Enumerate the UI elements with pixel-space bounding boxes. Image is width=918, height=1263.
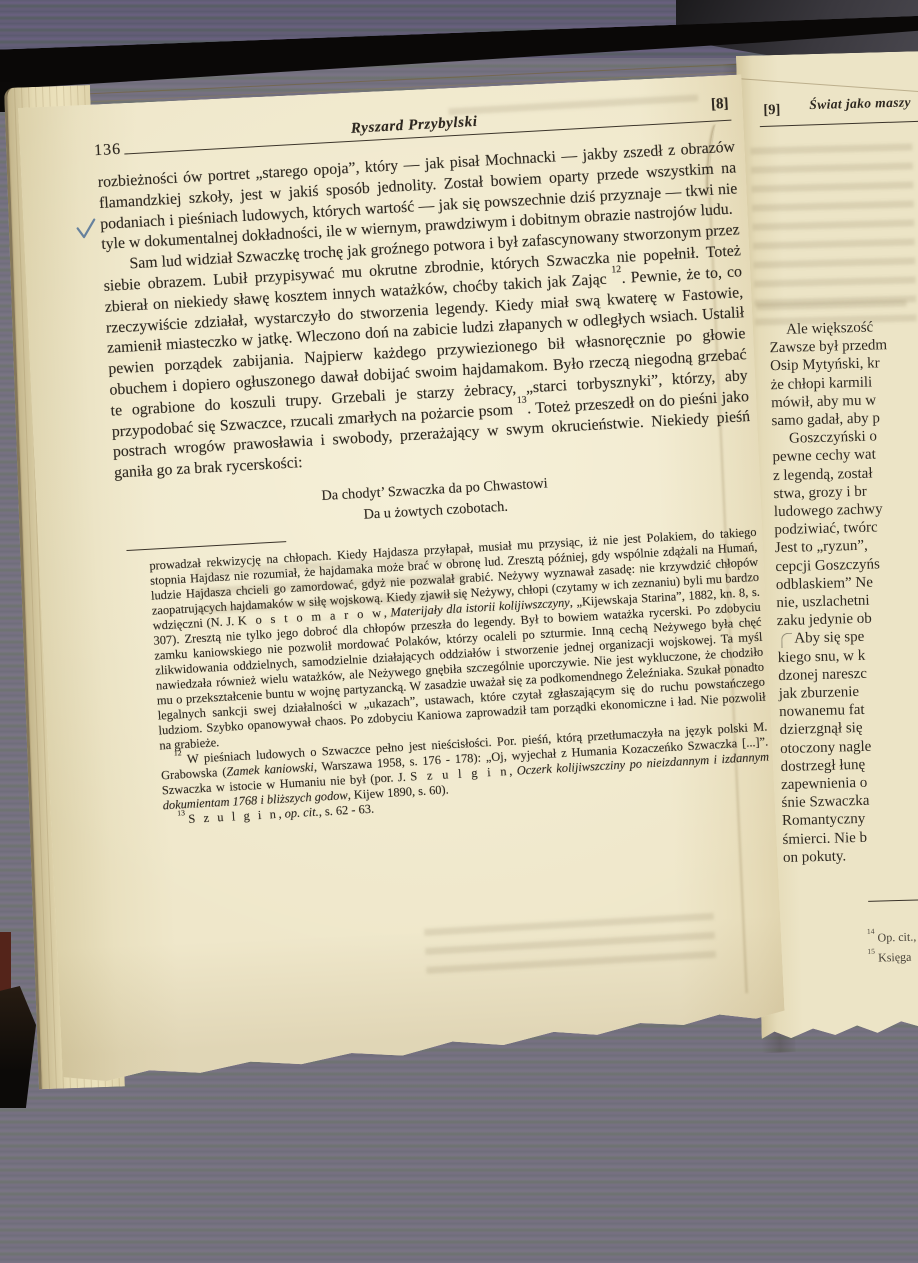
footnote-separator-rule — [126, 541, 286, 551]
right-running-head: Świat jako maszy — [809, 94, 911, 113]
right-footnote: 14 Op. cit., — [867, 928, 918, 946]
book-cover-red-edge — [0, 932, 11, 994]
footnote-continuation: prowadzał rekwizycję na chłopach. Kiedy … — [149, 525, 767, 754]
page-crease-line — [737, 78, 918, 95]
book-scan-photo: { "colors": { "paper": "#ece4c5", "ink":… — [0, 0, 918, 1263]
book-cover-bottom-left — [0, 986, 36, 1108]
body-paragraph: Sam lud widział Szwaczkę trochę jak groź… — [102, 220, 752, 484]
body-text: rozbieżności ów portret „starego opoja”,… — [97, 137, 754, 539]
pencil-bracket-icon — [781, 633, 792, 648]
show-through-text — [424, 913, 716, 975]
left-issue-mark: [8] — [711, 96, 729, 114]
right-issue-mark: [9] — [763, 102, 780, 119]
left-page: 136 Ryszard Przybylski [8] rozbieżności … — [18, 75, 786, 1085]
right-footnote-rule — [868, 899, 918, 902]
left-page-content: 136 Ryszard Przybylski [8] rozbieżności … — [18, 68, 795, 1085]
right-footnote: 15 Księga — [867, 948, 918, 966]
show-through-text — [750, 143, 917, 337]
footnote-block: prowadzał rekwizycję na chłopach. Kiedy … — [119, 525, 771, 830]
show-through-text — [756, 300, 906, 318]
right-header-rule — [760, 119, 918, 127]
right-page-line: on pokuty. — [783, 845, 918, 867]
